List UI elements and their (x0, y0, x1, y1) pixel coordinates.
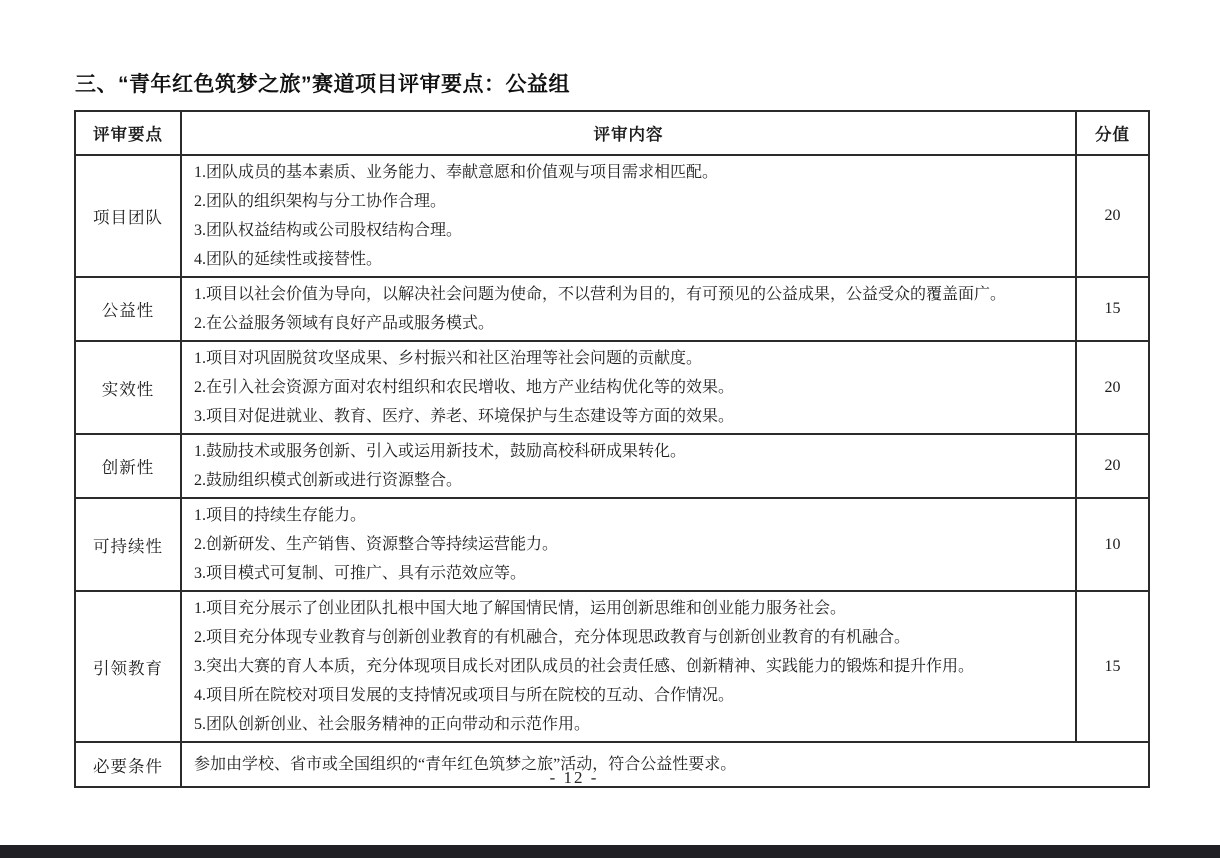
content-cell: 1.项目对巩固脱贫攻坚成果、乡村振兴和社区治理等社会问题的贡献度。2.在引入社会… (181, 341, 1076, 434)
content-line: 2.在引入社会资源方面对农村组织和农民增收、地方产业结构优化等的效果。 (194, 373, 1069, 402)
table-row: 项目团队1.团队成员的基本素质、业务能力、奉献意愿和价值观与项目需求相匹配。2.… (75, 155, 1149, 277)
content-line: 2.团队的组织架构与分工协作合理。 (194, 187, 1069, 216)
page-number: - 12 - (0, 768, 1148, 788)
content-line: 3.突出大赛的育人本质，充分体现项目成长对团队成员的社会责任感、创新精神、实践能… (194, 652, 1069, 681)
header-score: 分值 (1076, 111, 1149, 155)
content-line: 2.鼓励组织模式创新或进行资源整合。 (194, 466, 1069, 495)
content-line: 1.项目以社会价值为导向，以解决社会问题为使命，不以营利为目的，有可预见的公益成… (194, 280, 1069, 309)
content-line: 1.项目的持续生存能力。 (194, 501, 1069, 530)
score-cell: 20 (1076, 341, 1149, 434)
content-line: 3.项目对促进就业、教育、医疗、养老、环境保护与生态建设等方面的效果。 (194, 402, 1069, 431)
score-cell: 15 (1076, 277, 1149, 341)
content-line: 1.项目对巩固脱贫攻坚成果、乡村振兴和社区治理等社会问题的贡献度。 (194, 344, 1069, 373)
header-criterion: 评审要点 (75, 111, 181, 155)
content-line: 5.团队创新创业、社会服务精神的正向带动和示范作用。 (194, 710, 1069, 739)
window-bottom-edge (0, 845, 1220, 858)
score-cell: 15 (1076, 591, 1149, 742)
content-cell: 1.项目以社会价值为导向，以解决社会问题为使命，不以营利为目的，有可预见的公益成… (181, 277, 1076, 341)
criterion-cell: 项目团队 (75, 155, 181, 277)
content-line: 3.项目模式可复制、可推广、具有示范效应等。 (194, 559, 1069, 588)
criterion-cell: 实效性 (75, 341, 181, 434)
table-row: 创新性1.鼓励技术或服务创新、引入或运用新技术，鼓励高校科研成果转化。2.鼓励组… (75, 434, 1149, 498)
criterion-cell: 引领教育 (75, 591, 181, 742)
content-cell: 1.团队成员的基本素质、业务能力、奉献意愿和价值观与项目需求相匹配。2.团队的组… (181, 155, 1076, 277)
content-line: 1.项目充分展示了创业团队扎根中国大地了解国情民情，运用创新思维和创业能力服务社… (194, 594, 1069, 623)
page-title: 三、“青年红色筑梦之旅”赛道项目评审要点：公益组 (75, 68, 570, 98)
criterion-cell: 创新性 (75, 434, 181, 498)
table-header-row: 评审要点 评审内容 分值 (75, 111, 1149, 155)
score-cell: 20 (1076, 434, 1149, 498)
content-line: 2.在公益服务领域有良好产品或服务模式。 (194, 309, 1069, 338)
content-cell: 1.项目的持续生存能力。2.创新研发、生产销售、资源整合等持续运营能力。3.项目… (181, 498, 1076, 591)
score-cell: 20 (1076, 155, 1149, 277)
table-row: 引领教育1.项目充分展示了创业团队扎根中国大地了解国情民情，运用创新思维和创业能… (75, 591, 1149, 742)
content-line: 2.创新研发、生产销售、资源整合等持续运营能力。 (194, 530, 1069, 559)
review-criteria-table: 评审要点 评审内容 分值 项目团队1.团队成员的基本素质、业务能力、奉献意愿和价… (74, 110, 1150, 788)
table-row: 实效性1.项目对巩固脱贫攻坚成果、乡村振兴和社区治理等社会问题的贡献度。2.在引… (75, 341, 1149, 434)
table-row: 可持续性1.项目的持续生存能力。2.创新研发、生产销售、资源整合等持续运营能力。… (75, 498, 1149, 591)
content-cell: 1.项目充分展示了创业团队扎根中国大地了解国情民情，运用创新思维和创业能力服务社… (181, 591, 1076, 742)
content-line: 4.项目所在院校对项目发展的支持情况或项目与所在院校的互动、合作情况。 (194, 681, 1069, 710)
document-page: 三、“青年红色筑梦之旅”赛道项目评审要点：公益组 评审要点 评审内容 分值 项目… (0, 0, 1220, 858)
criterion-cell: 可持续性 (75, 498, 181, 591)
content-line: 1.团队成员的基本素质、业务能力、奉献意愿和价值观与项目需求相匹配。 (194, 158, 1069, 187)
content-line: 2.项目充分体现专业教育与创新创业教育的有机融合，充分体现思政教育与创新创业教育… (194, 623, 1069, 652)
content-line: 1.鼓励技术或服务创新、引入或运用新技术，鼓励高校科研成果转化。 (194, 437, 1069, 466)
score-cell: 10 (1076, 498, 1149, 591)
header-content: 评审内容 (181, 111, 1076, 155)
table-row: 公益性1.项目以社会价值为导向，以解决社会问题为使命，不以营利为目的，有可预见的… (75, 277, 1149, 341)
content-line: 3.团队权益结构或公司股权结构合理。 (194, 216, 1069, 245)
content-line: 4.团队的延续性或接替性。 (194, 245, 1069, 274)
criterion-cell: 公益性 (75, 277, 181, 341)
content-cell: 1.鼓励技术或服务创新、引入或运用新技术，鼓励高校科研成果转化。2.鼓励组织模式… (181, 434, 1076, 498)
